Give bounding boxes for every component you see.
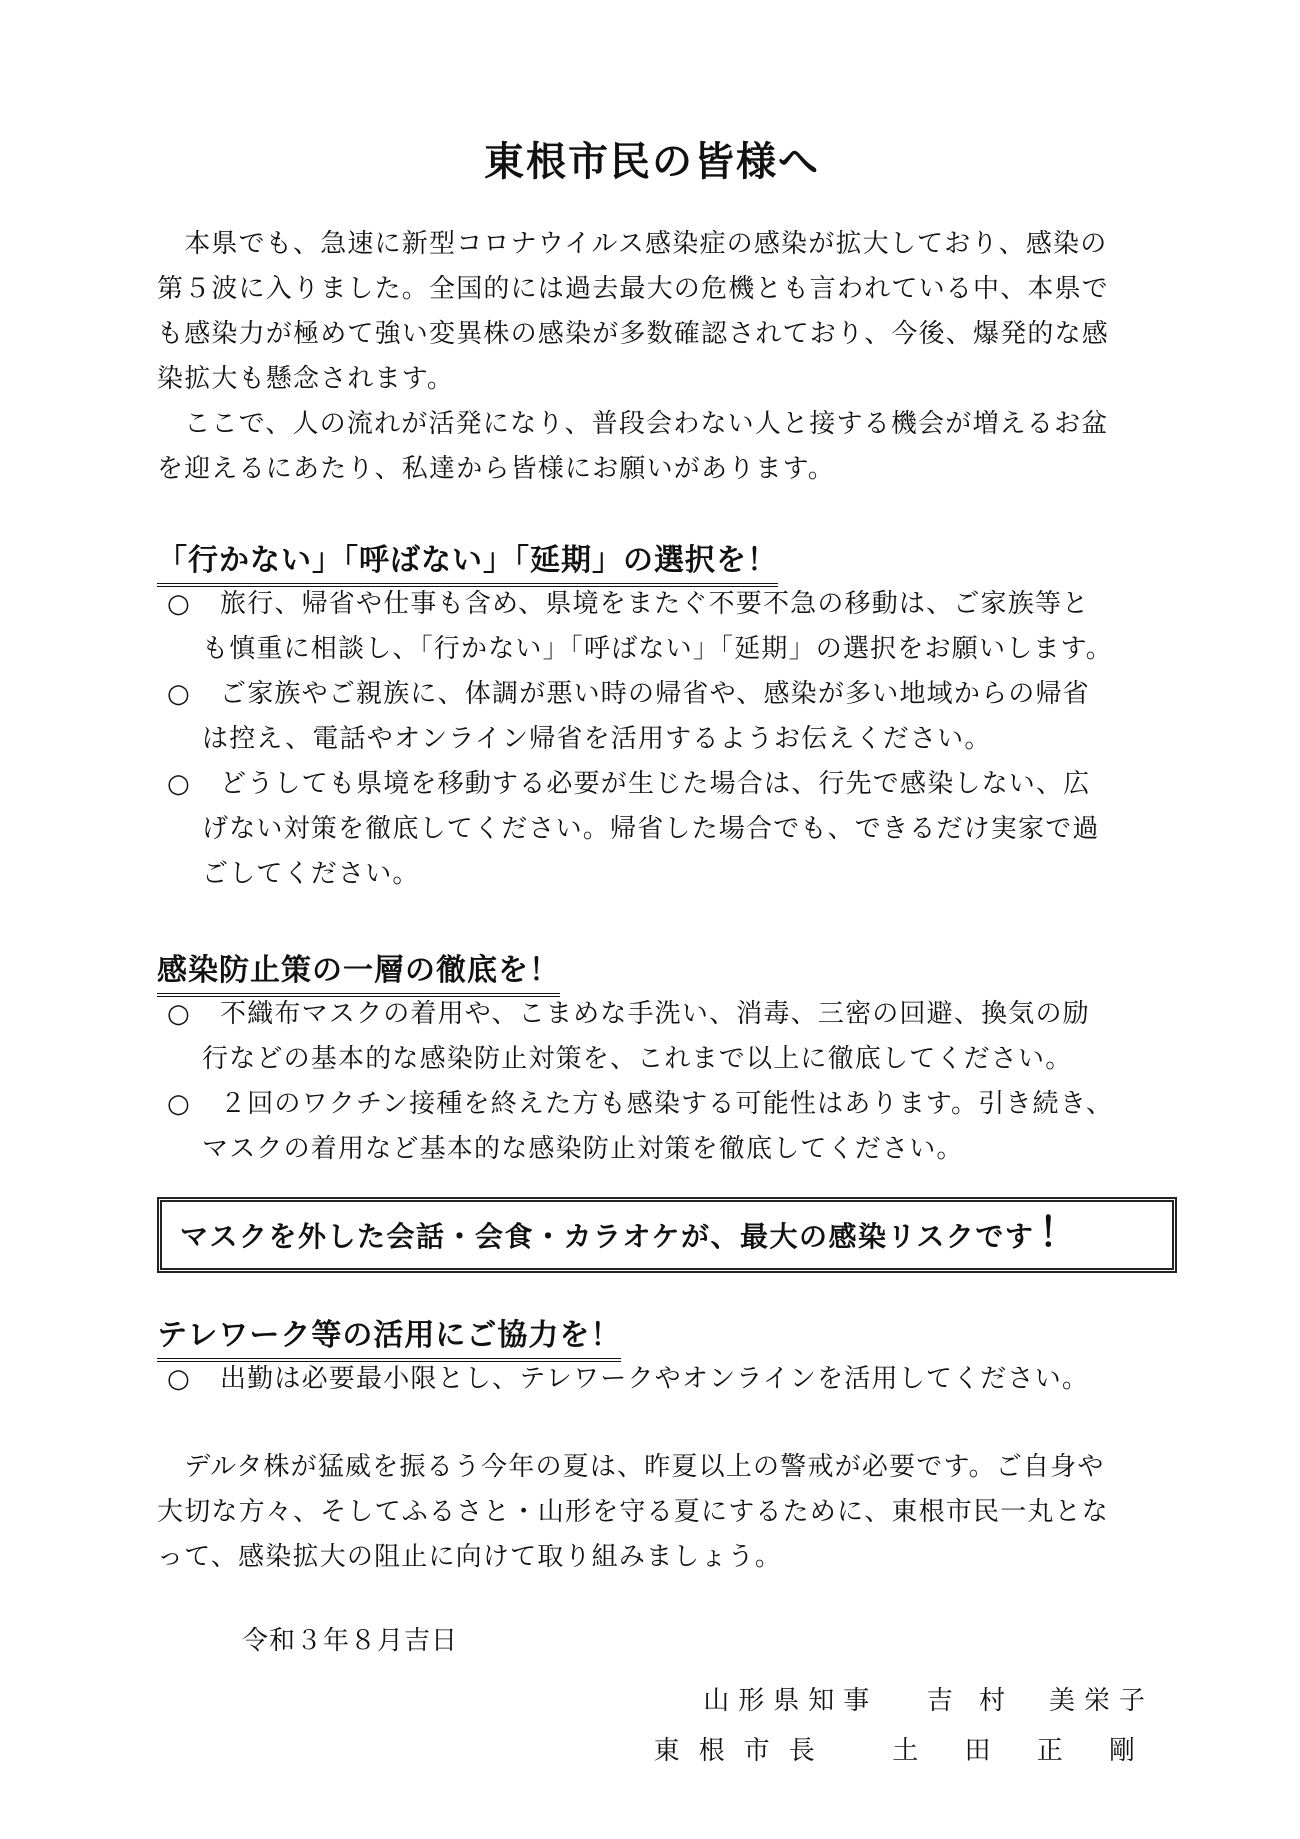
list-item: ○ ２回のワクチン接種を終えた方も感染する可能性はあります。引き続き、 マスクの… <box>157 1082 1157 1172</box>
section-list-prevention: ○ 不織布マスクの着用や、こまめな手洗い、消毒、三密の回避、換気の励 行などの基… <box>157 992 1157 1172</box>
section-list-travel: ○ 旅行、帰省や仕事も含め、県境をまたぐ不要不急の移動は、ご家族等と も慎重に相… <box>157 582 1157 897</box>
section-heading-prevention: 感染防止策の一層の徹底を！ <box>157 945 560 997</box>
list-item: ○ 出勤は必要最小限とし、テレワークやオンラインを活用してください。 <box>157 1357 1157 1402</box>
text-line: 本県でも、急速に新型コロナウイルス感染症の感染が拡大しており、感染の <box>157 222 1147 267</box>
signatory-name: 吉 村 美栄子 <box>927 1686 1154 1716</box>
text-line: って、感染拡大の阻止に向けて取り組みましょう。 <box>157 1535 1147 1580</box>
section-heading-travel: 「行かない」「呼ばない」「延期」の選択を！ <box>157 535 778 587</box>
signatory-title: 山形県知事 <box>703 1686 878 1716</box>
text-line: げない対策を徹底してください。帰省した場合でも、できるだけ実家で過 <box>202 807 1157 852</box>
text-line: デルタ株が猛威を振るう今年の夏は、昨夏以上の警戒が必要です。ご自身や <box>157 1445 1147 1490</box>
list-item: ○ 旅行、帰省や仕事も含め、県境をまたぐ不要不急の移動は、ご家族等と も慎重に相… <box>157 582 1157 672</box>
exclamation-icon: ！ <box>1038 1201 1080 1258</box>
text-line: も慎重に相談し、「行かない」「呼ばない」「延期」の選択をお願いします。 <box>202 627 1157 672</box>
alert-text: マスクを外した会話・会食・カラオケが、最大の感染リスクです <box>180 1215 1034 1255</box>
text-line: ごしてください。 <box>202 852 1157 897</box>
text-line: 旅行、帰省や仕事も含め、県境をまたぐ不要不急の移動は、ご家族等と <box>220 582 1157 627</box>
list-item: ○ 不織布マスクの着用や、こまめな手洗い、消毒、三密の回避、換気の励 行などの基… <box>157 992 1157 1082</box>
signatory-name: 土 田 正 剛 <box>892 1736 1154 1766</box>
text-line: マスクの着用など基本的な感染防止対策を徹底してください。 <box>202 1127 1157 1172</box>
text-line: 行などの基本的な感染防止対策を、これまで以上に徹底してください。 <box>202 1037 1157 1082</box>
signatory-mayor: 東根市長 土 田 正 剛 <box>654 1730 1154 1767</box>
list-item: ○ ご家族やご親族に、体調が悪い時の帰省や、感染が多い地域からの帰省 は控え、電… <box>157 672 1157 762</box>
text-line: 染拡大も懸念されます。 <box>157 357 1147 402</box>
circle-bullet-icon: ○ <box>167 672 191 717</box>
text-line: 不織布マスクの着用や、こまめな手洗い、消毒、三密の回避、換気の励 <box>220 992 1157 1037</box>
list-item: ○ どうしても県境を移動する必要が生じた場合は、行先で感染しない、広 げない対策… <box>157 762 1157 897</box>
text-line: 出勤は必要最小限とし、テレワークやオンラインを活用してください。 <box>220 1357 1157 1402</box>
page-title: 東根市民の皆様へ <box>157 130 1147 187</box>
section-heading-telework: テレワーク等の活用にご協力を！ <box>157 1310 621 1362</box>
closing-paragraph: デルタ株が猛威を振るう今年の夏は、昨夏以上の警戒が必要です。ご自身や 大切な方々… <box>157 1445 1147 1580</box>
section-list-telework: ○ 出勤は必要最小限とし、テレワークやオンラインを活用してください。 <box>157 1357 1157 1402</box>
circle-bullet-icon: ○ <box>167 582 191 627</box>
text-line: どうしても県境を移動する必要が生じた場合は、行先で感染しない、広 <box>220 762 1157 807</box>
circle-bullet-icon: ○ <box>167 1357 191 1402</box>
circle-bullet-icon: ○ <box>167 762 191 807</box>
text-line: 第５波に入りました。全国的には過去最大の危機とも言われている中、本県で <box>157 267 1147 312</box>
intro-paragraph-2: ここで、人の流れが活発になり、普段会わない人と接する機会が増えるお盆 を迎えるに… <box>157 402 1147 492</box>
signatory-title: 東根市長 <box>654 1736 834 1766</box>
risk-alert-box: マスクを外した会話・会食・カラオケが、最大の感染リスクです ！ <box>157 1197 1177 1273</box>
text-line: ご家族やご親族に、体調が悪い時の帰省や、感染が多い地域からの帰省 <box>220 672 1157 717</box>
text-line: ここで、人の流れが活発になり、普段会わない人と接する機会が増えるお盆 <box>157 402 1147 447</box>
text-line: は控え、電話やオンライン帰省を活用するようお伝えください。 <box>202 717 1157 762</box>
text-line: を迎えるにあたり、私達から皆様にお願いがあります。 <box>157 447 1147 492</box>
signatory-governor: 山形県知事 吉 村 美栄子 <box>703 1680 1154 1717</box>
text-line: ２回のワクチン接種を終えた方も感染する可能性はあります。引き続き、 <box>220 1082 1157 1127</box>
circle-bullet-icon: ○ <box>167 1082 191 1127</box>
issue-date: 令和３年８月吉日 <box>242 1620 458 1657</box>
text-line: 大切な方々、そしてふるさと・山形を守る夏にするために、東根市民一丸とな <box>157 1490 1147 1535</box>
intro-paragraph-1: 本県でも、急速に新型コロナウイルス感染症の感染が拡大しており、感染の 第５波に入… <box>157 222 1147 402</box>
text-line: も感染力が極めて強い変異株の感染が多数確認されており、今後、爆発的な感 <box>157 312 1147 357</box>
circle-bullet-icon: ○ <box>167 992 191 1037</box>
